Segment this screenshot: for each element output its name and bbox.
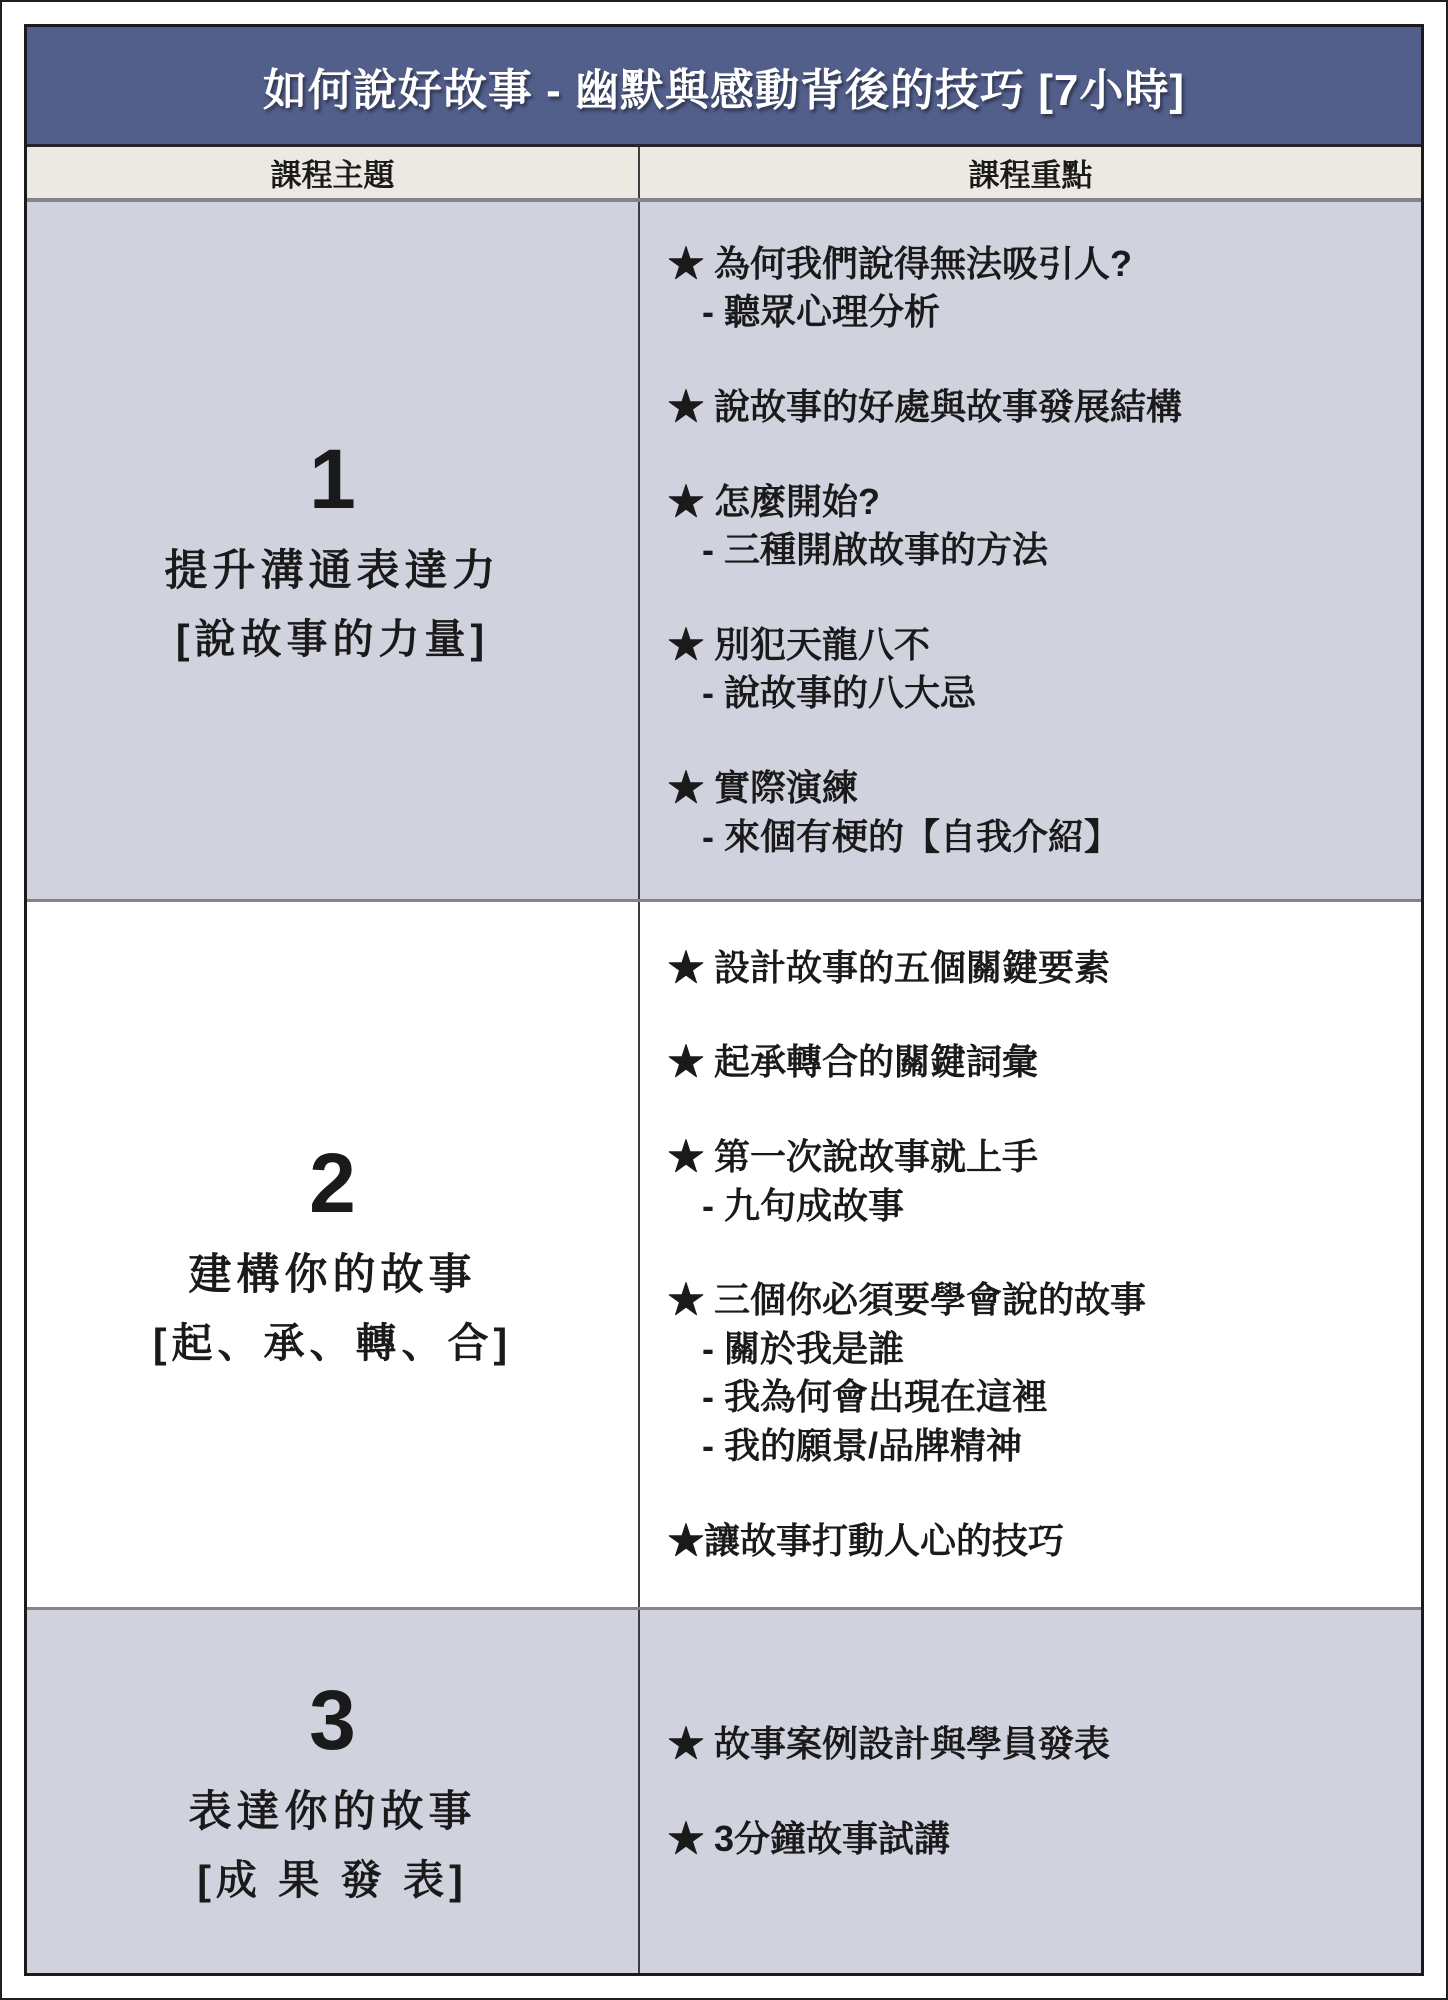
point-sub: - 來個有梗的【自我介紹】 bbox=[668, 813, 1411, 862]
course-point: ★ 設計故事的五個關鍵要素 bbox=[668, 944, 1411, 993]
unit-title: 提升溝通表達力 bbox=[165, 537, 501, 598]
point-title: ★ 實際演練 bbox=[668, 764, 1411, 813]
course-point: ★ 故事案例設計與學員發表 bbox=[668, 1720, 1411, 1769]
unit-1-topic-cell: 1 提升溝通表達力 [說故事的力量] bbox=[27, 202, 640, 899]
table-row-unit-2: 2 建構你的故事 [起、承、轉、合] ★ 設計故事的五個關鍵要素 ★ 起承轉合的… bbox=[27, 902, 1421, 1610]
unit-subtitle: [成 果 發 表] bbox=[197, 1847, 467, 1906]
point-sub: - 聽眾心理分析 bbox=[668, 288, 1411, 337]
table-body: 1 提升溝通表達力 [說故事的力量] ★ 為何我們說得無法吸引人? - 聽眾心理… bbox=[27, 202, 1421, 1973]
point-sub: - 我的願景/品牌精神 bbox=[668, 1422, 1411, 1471]
course-table: 如何說好故事 - 幽默與感動背後的技巧 [7小時] 課程主題 課程重點 1 提升… bbox=[24, 24, 1424, 1976]
point-title: ★ 故事案例設計與學員發表 bbox=[668, 1720, 1411, 1769]
course-point: ★ 3分鐘故事試講 bbox=[668, 1815, 1411, 1864]
table-row-unit-3: 3 表達你的故事 [成 果 發 表] ★ 故事案例設計與學員發表 ★ 3分鐘故事… bbox=[27, 1610, 1421, 1973]
title-bar: 如何說好故事 - 幽默與感動背後的技巧 [7小時] bbox=[27, 27, 1421, 147]
point-sub: - 三種開啟故事的方法 bbox=[668, 526, 1411, 575]
point-sub: - 說故事的八大忌 bbox=[668, 669, 1411, 718]
unit-title: 建構你的故事 bbox=[189, 1241, 477, 1302]
point-sub: - 我為何會出現在這裡 bbox=[668, 1373, 1411, 1422]
point-title: ★ 怎麼開始? bbox=[668, 478, 1411, 527]
course-point: ★ 第一次說故事就上手 - 九句成故事 bbox=[668, 1133, 1411, 1230]
point-title: ★ 設計故事的五個關鍵要素 bbox=[668, 944, 1411, 993]
point-title: ★ 第一次說故事就上手 bbox=[668, 1133, 1411, 1182]
unit-1-points-cell: ★ 為何我們說得無法吸引人? - 聽眾心理分析 ★ 說故事的好處與故事發展結構 … bbox=[640, 202, 1421, 899]
header-highlights: 課程重點 bbox=[640, 147, 1421, 198]
unit-subtitle: [起、承、轉、合] bbox=[153, 1310, 512, 1369]
unit-2-topic-cell: 2 建構你的故事 [起、承、轉、合] bbox=[27, 902, 640, 1607]
course-point: ★ 說故事的好處與故事發展結構 bbox=[668, 383, 1411, 432]
course-point: ★ 怎麼開始? - 三種開啟故事的方法 bbox=[668, 478, 1411, 575]
unit-2-points-cell: ★ 設計故事的五個關鍵要素 ★ 起承轉合的關鍵詞彙 ★ 第一次說故事就上手 - … bbox=[640, 902, 1421, 1607]
course-point: ★ 實際演練 - 來個有梗的【自我介紹】 bbox=[668, 764, 1411, 861]
table-header-row: 課程主題 課程重點 bbox=[27, 147, 1421, 202]
unit-number: 1 bbox=[309, 437, 356, 521]
unit-number: 2 bbox=[309, 1141, 356, 1225]
course-point: ★讓故事打動人心的技巧 bbox=[668, 1517, 1411, 1566]
course-title: 如何說好故事 - 幽默與感動背後的技巧 [7小時] bbox=[263, 54, 1185, 118]
course-point: ★ 別犯天龍八不 - 說故事的八大忌 bbox=[668, 621, 1411, 718]
point-sub: - 九句成故事 bbox=[668, 1182, 1411, 1231]
point-title: ★ 為何我們說得無法吸引人? bbox=[668, 240, 1411, 289]
course-point: ★ 起承轉合的關鍵詞彙 bbox=[668, 1038, 1411, 1087]
point-title: ★讓故事打動人心的技巧 bbox=[668, 1517, 1411, 1566]
point-sub: - 關於我是誰 bbox=[668, 1325, 1411, 1374]
header-topic: 課程主題 bbox=[27, 147, 640, 198]
course-point: ★ 三個你必須要學會說的故事 - 關於我是誰 - 我為何會出現在這裡 - 我的願… bbox=[668, 1276, 1411, 1470]
point-title: ★ 3分鐘故事試講 bbox=[668, 1815, 1411, 1864]
course-point: ★ 為何我們說得無法吸引人? - 聽眾心理分析 bbox=[668, 240, 1411, 337]
unit-3-points-cell: ★ 故事案例設計與學員發表 ★ 3分鐘故事試講 bbox=[640, 1610, 1421, 1973]
point-title: ★ 別犯天龍八不 bbox=[668, 621, 1411, 670]
table-row-unit-1: 1 提升溝通表達力 [說故事的力量] ★ 為何我們說得無法吸引人? - 聽眾心理… bbox=[27, 202, 1421, 902]
unit-number: 3 bbox=[309, 1678, 356, 1762]
point-title: ★ 三個你必須要學會說的故事 bbox=[668, 1276, 1411, 1325]
unit-3-topic-cell: 3 表達你的故事 [成 果 發 表] bbox=[27, 1610, 640, 1973]
unit-title: 表達你的故事 bbox=[189, 1778, 477, 1839]
course-outline-page: 如何說好故事 - 幽默與感動背後的技巧 [7小時] 課程主題 課程重點 1 提升… bbox=[0, 0, 1448, 2000]
point-title: ★ 說故事的好處與故事發展結構 bbox=[668, 383, 1411, 432]
unit-subtitle: [說故事的力量] bbox=[176, 606, 489, 665]
point-title: ★ 起承轉合的關鍵詞彙 bbox=[668, 1038, 1411, 1087]
